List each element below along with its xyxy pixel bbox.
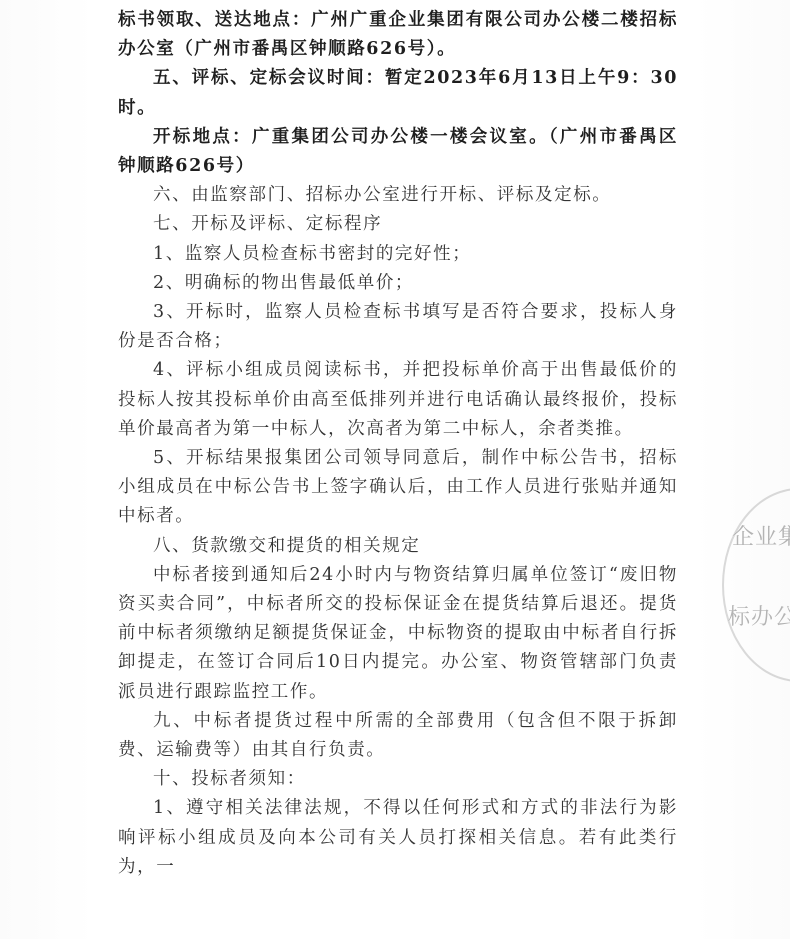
paragraph-section-eight-heading: 八、货款缴交和提货的相关规定 [118,532,678,561]
document-page: 标书领取、送达地点：广州广重企业集团有限公司办公楼二楼招标办公室（广州市番禺区钟… [0,0,790,939]
stamp-top-text: 企业集团 [732,520,790,551]
paragraph-procedure-2: 2、明确标的物出售最低单价； [118,269,678,298]
paragraph-section-nine: 九、中标者提货过程中所需的全部费用（包含但不限于拆卸费、运输费等）由其自行负责。 [118,707,678,765]
paragraph-section-seven-heading: 七、开标及评标、定标程序 [118,210,678,239]
document-body: 标书领取、送达地点：广州广重企业集团有限公司办公楼二楼招标办公室（广州市番禺区钟… [118,6,678,882]
paragraph-procedure-5: 5、开标结果报集团公司领导同意后，制作中标公告书，招标小组成员在中标公告书上签字… [118,444,678,532]
stamp-bottom-text: 标办公 [728,600,790,631]
paragraph-section-ten-heading: 十、投标者须知： [118,765,678,794]
paragraph-procedure-1: 1、监察人员检查标书密封的完好性； [118,240,678,269]
company-seal-stamp: 企业集团 标办公 [722,488,790,682]
paragraph-bid-opening-location: 开标地点：广重集团公司办公楼一楼会议室。（广州市番禺区钟顺路626号） [118,123,678,181]
paragraph-section-six: 六、由监察部门、招标办公室进行开标、评标及定标。 [118,181,678,210]
paragraph-bidder-notice-1: 1、遵守相关法律法规，不得以任何形式和方式的非法行为影响评标小组成员及向本公司有… [118,794,678,882]
paragraph-evaluation-meeting-time: 五、评标、定标会议时间：暂定2023年6月13日上午9：30时。 [118,64,678,122]
paragraph-procedure-4: 4、评标小组成员阅读标书，并把投标单价高于出售最低价的投标人按其投标单价由高至低… [118,356,678,444]
paragraph-procedure-3: 3、开标时，监察人员检查标书填写是否符合要求，投标人身份是否合格； [118,298,678,356]
paragraph-bid-collection-location: 标书领取、送达地点：广州广重企业集团有限公司办公楼二楼招标办公室（广州市番禺区钟… [118,6,678,64]
paragraph-payment-pickup-rules: 中标者接到通知后24小时内与物资结算归属单位签订“废旧物资买卖合同”，中标者所交… [118,561,678,707]
